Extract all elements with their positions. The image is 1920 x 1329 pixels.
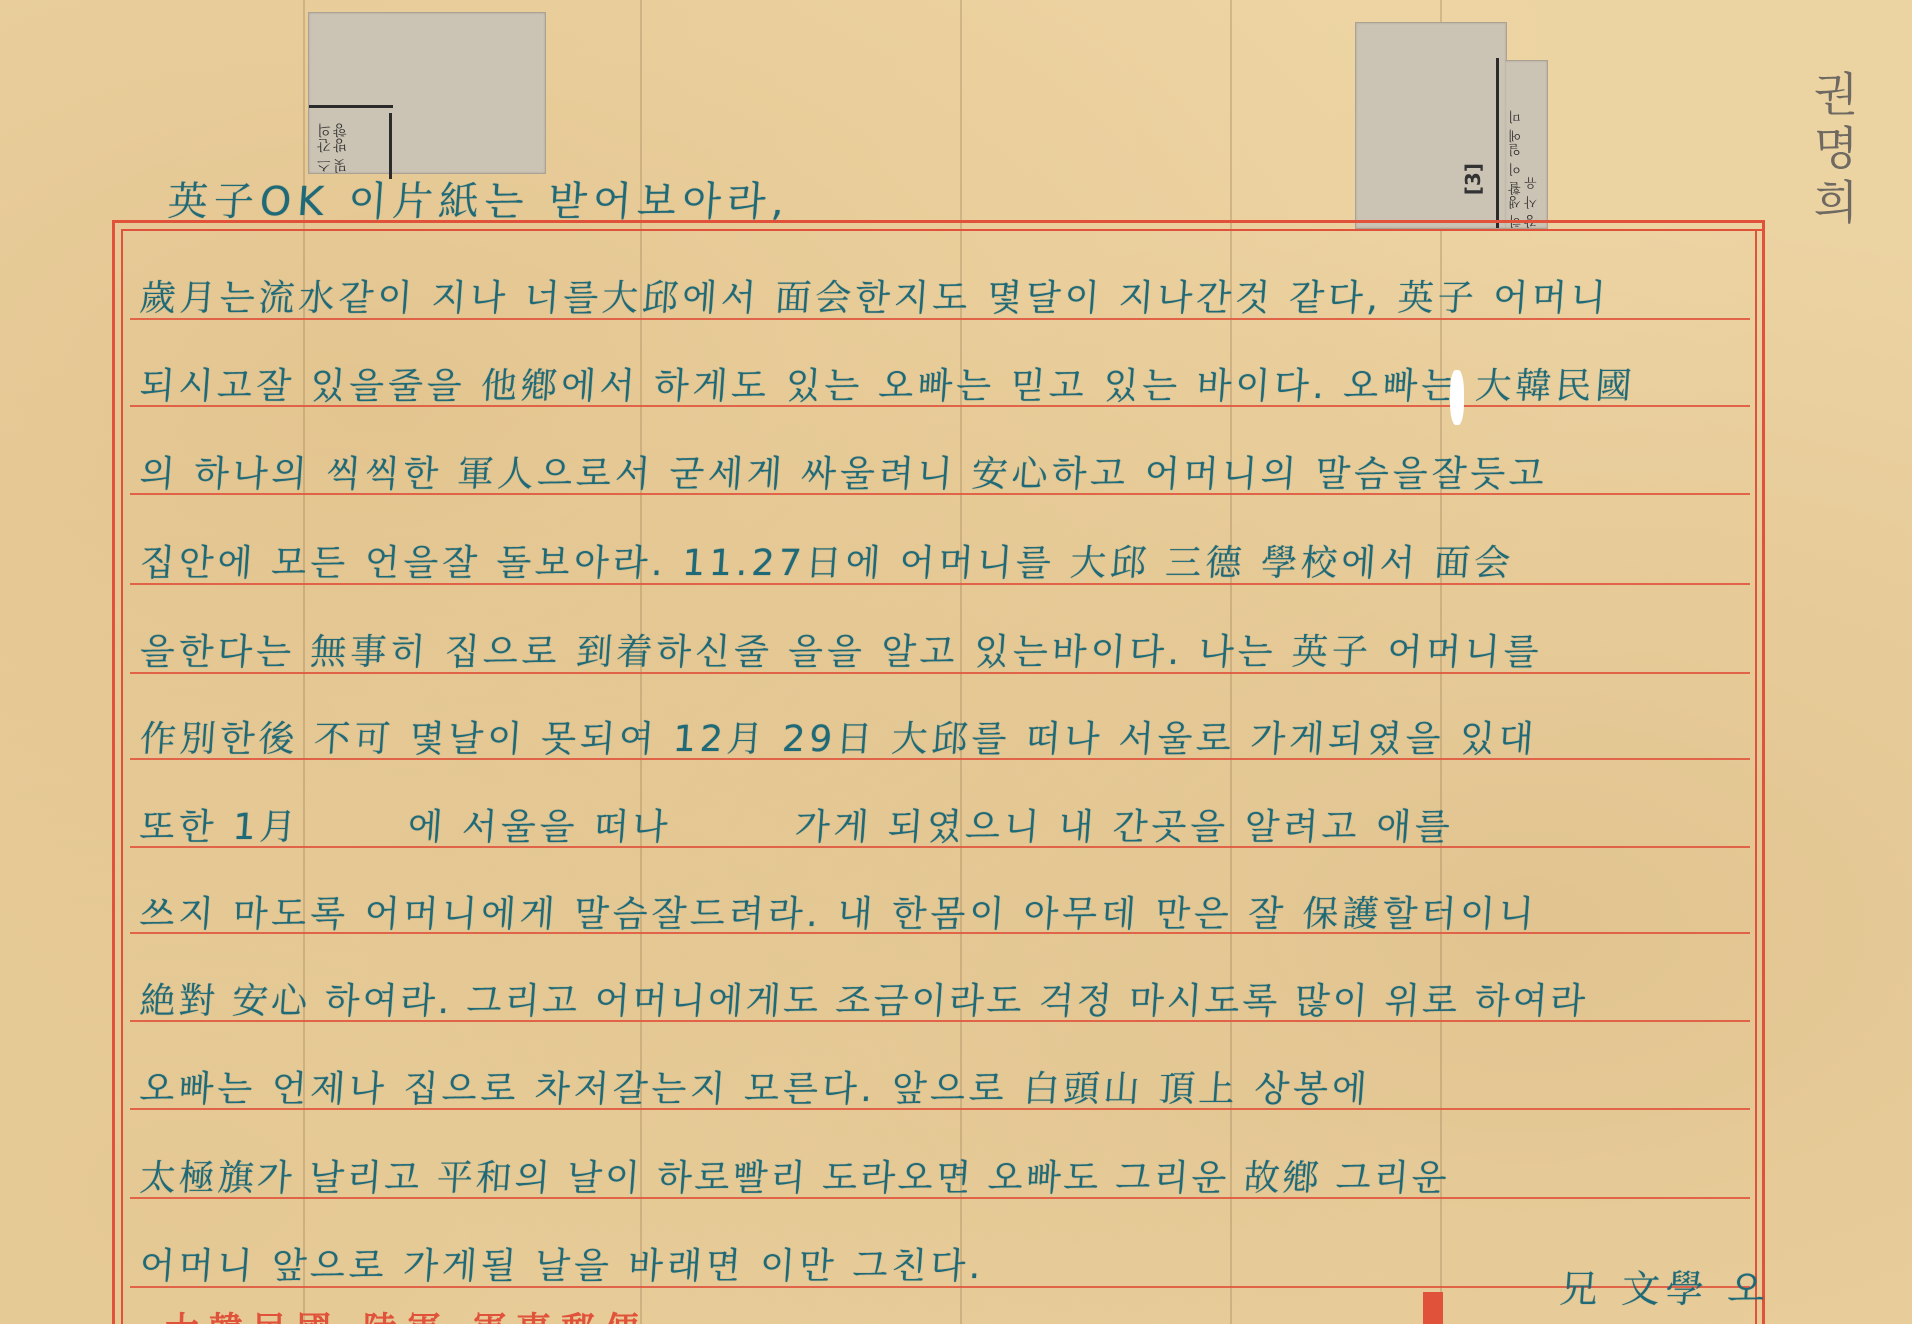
letter-line-4: 집안에 모든 언을잘 돌보아라. 11.27日에 어머니를 大邱 三德 學校에서…	[138, 535, 1516, 586]
patch-text-line: 이 일에 미	[1509, 109, 1524, 175]
signature: 兄 文學 오	[1558, 1258, 1773, 1313]
frame-border-right-inner	[1755, 231, 1757, 1329]
frame-border-top-inner	[122, 229, 1762, 231]
header-note: 英子OK 이片紙는 받어보아라,	[166, 170, 792, 227]
paper-tear	[1450, 370, 1464, 425]
margin-pencil-note: 권명희	[1800, 70, 1866, 232]
letter-line-2: 되시고잘 있을줄을 他鄕에서 하게도 있는 오빠는 믿고 있는 바이다. 오빠는…	[138, 358, 1637, 409]
frame-border-left	[112, 220, 115, 1329]
letter-line-7: 또한 1月 에 서울을 떠나 가게 되였으니 내 간곳을 알려고 애를	[138, 799, 1456, 850]
frame-border-right	[1762, 220, 1765, 1329]
paper-edge	[1912, 0, 1920, 1329]
newspaper-patch-right: [3]	[1355, 22, 1507, 229]
letter-line-8: 쓰지 마도록 어머니에게 말슴잘드려라. 내 한몸이 아무데 만은 잘 保護할터…	[138, 886, 1539, 937]
letter-line-12: 어머니 앞으로 가게될 날을 바래면 이만 그친다.	[138, 1238, 986, 1289]
newspaper-patch-right-torn: 하 생활 이 일에 미 장 사 유	[1505, 60, 1548, 229]
letter-line-11: 太極旗가 날리고 平和의 날이 하로빨리 도라오면 오빠도 그리운 故鄕 그리운	[138, 1150, 1451, 1201]
patch-text-line: 스 간의	[317, 123, 333, 173]
newspaper-patch-left: 스 간의 및 방향	[308, 12, 546, 174]
frame-border-left-inner	[121, 229, 123, 1329]
letter-line-10: 오빠는 언제나 집으로 차저갈는지 모른다. 앞으로 白頭山 頂上 상봉에	[138, 1061, 1372, 1112]
letter-line-5: 을한다는 無事히 집으로 到着하신줄 을을 알고 있는바이다. 나는 英子 어머…	[138, 624, 1544, 675]
letter-line-9: 絶對 安心 하여라. 그리고 어머니에게도 조금이라도 걱정 마시도록 많이 위…	[138, 973, 1590, 1024]
letter-line-6: 作別한後 不可 몇날이 못되여 12月 29日 大邱를 떠나 서울로 가게되였을…	[138, 711, 1539, 762]
page-marker: [3]	[1461, 163, 1485, 195]
letter-line-3: 의 하나의 씩씩한 軍人으로서 굳세게 싸울려니 安心하고 어머니의 말슴을잘듯…	[138, 446, 1550, 497]
letter-line-1: 歲月는流水같이 지나 너를大邱에서 面会한지도 몇달이 지나간것 같다, 英子 …	[138, 270, 1611, 321]
patch-text-line: 및 방향	[333, 123, 349, 173]
letter-paper: 스 간의 및 방향 [3] 하 생활 이 일에 미 장 사 유 권명희 英子OK…	[0, 0, 1912, 1324]
paper-edge	[0, 1324, 1920, 1329]
